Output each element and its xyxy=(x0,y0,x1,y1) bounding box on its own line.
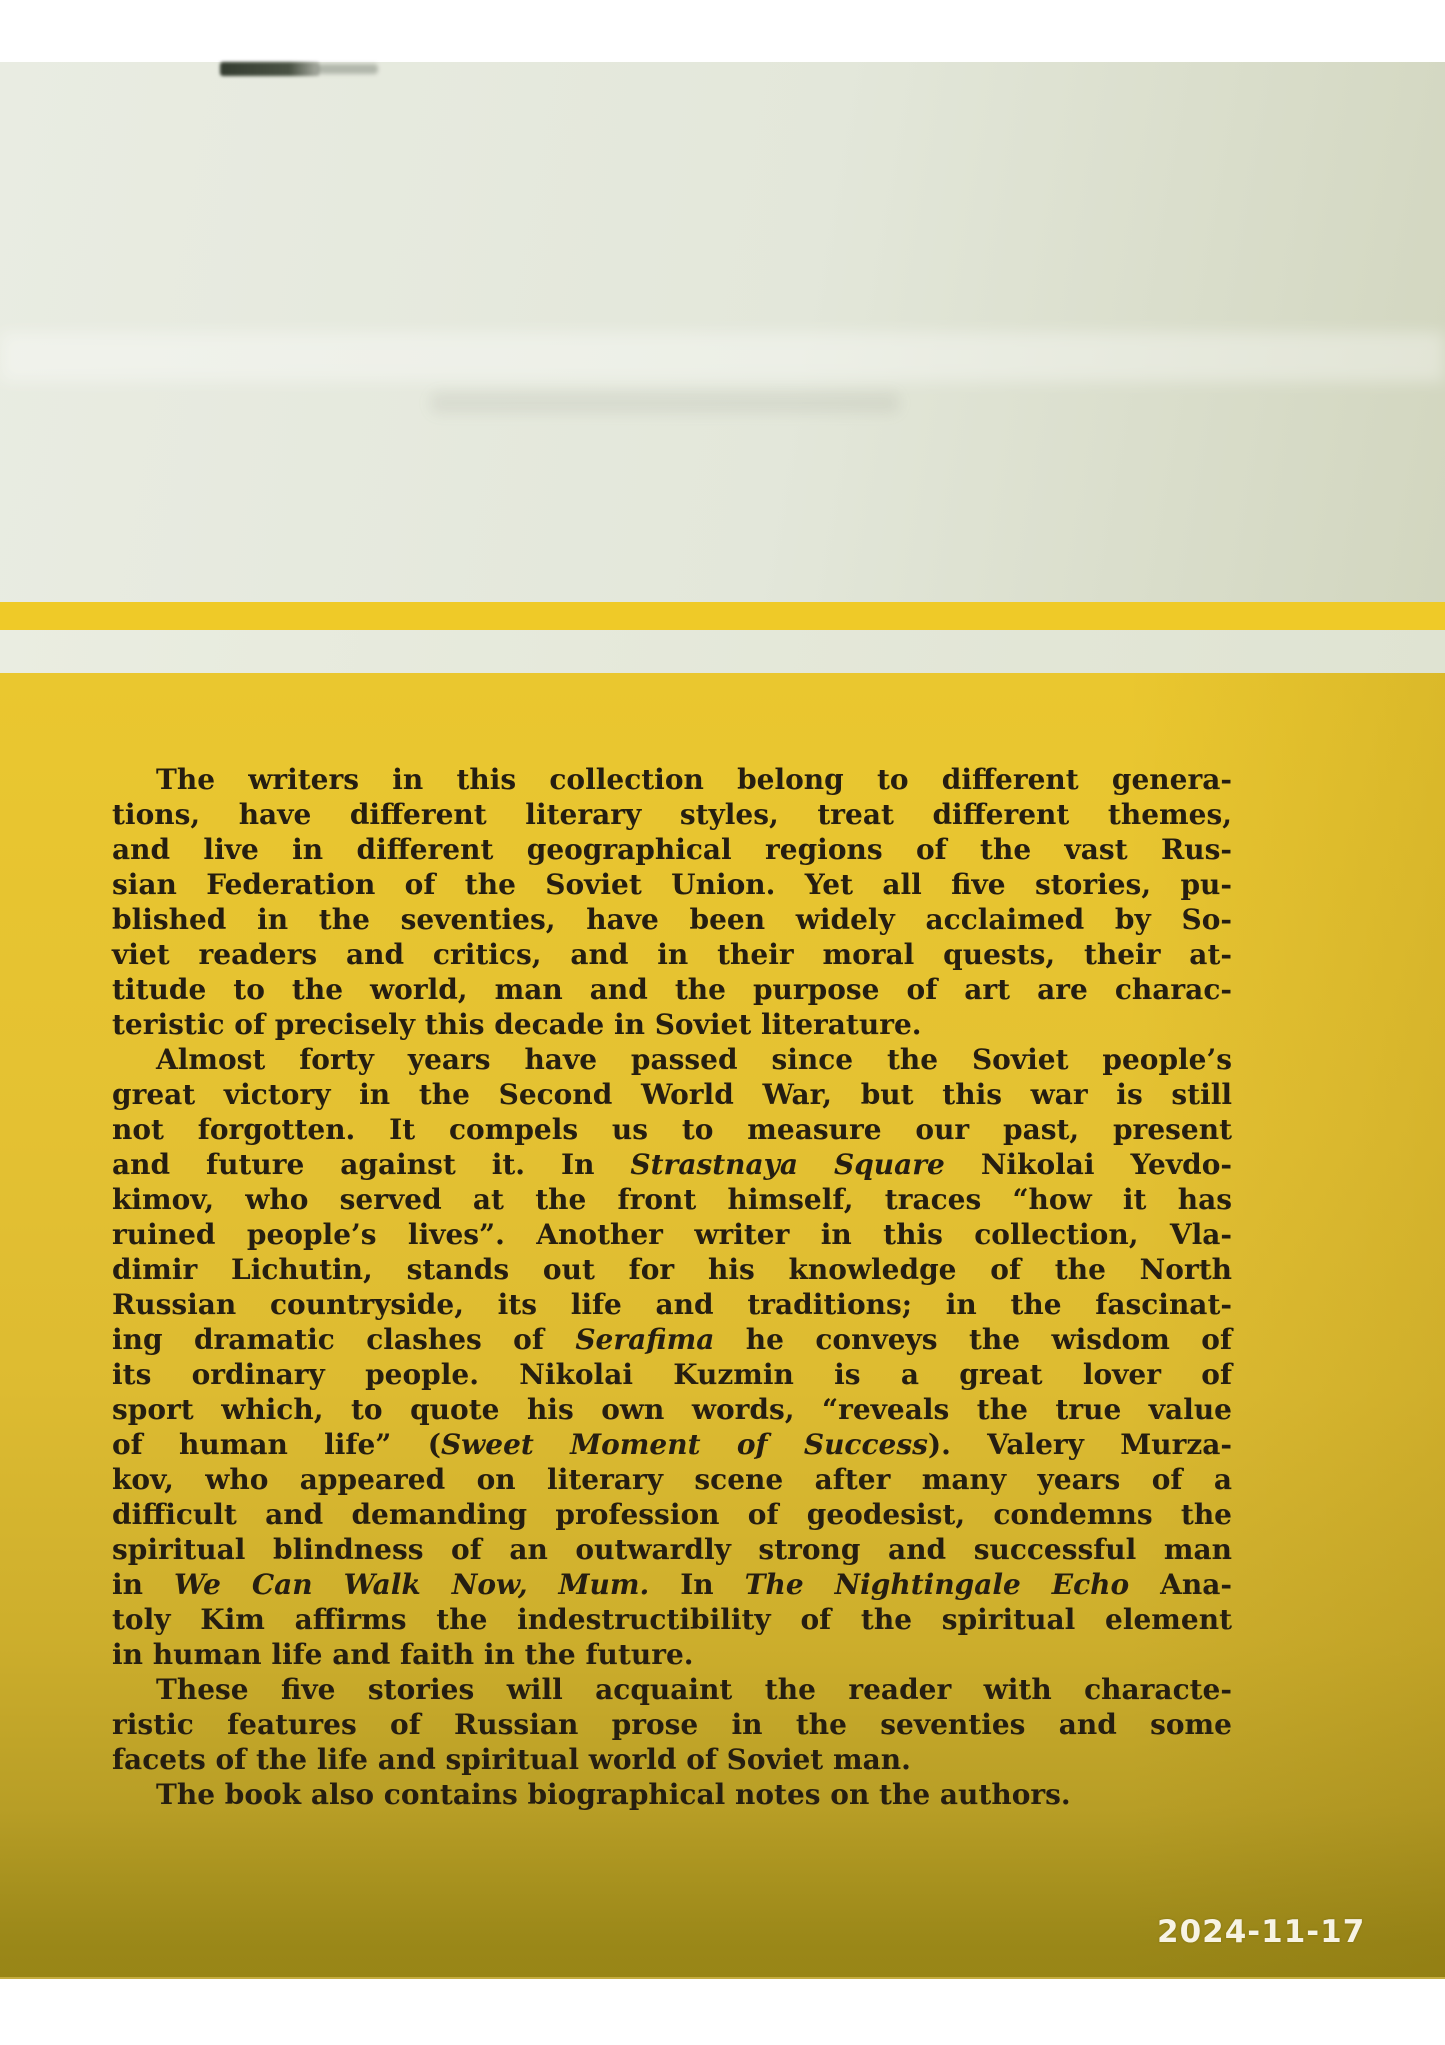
blurb-segment: its ordinary people. Nikolai Kuzmin is a… xyxy=(112,1358,1232,1391)
blurb-segment: dimir Lichutin, stands out for his knowl… xyxy=(112,1253,1232,1286)
story-title-italic: Sweet Moment of Success xyxy=(441,1428,928,1461)
blurb-segment: titude to the world, man and the purpose… xyxy=(112,973,1232,1006)
blurb-paragraph: These five stories will acquaint the rea… xyxy=(112,1672,1232,1777)
faint-showthrough-smudge xyxy=(430,392,900,414)
blurb-segment: ruined people’s lives”. Another writer i… xyxy=(112,1218,1232,1251)
blurb-line: and live in different geographical regio… xyxy=(112,832,1232,867)
blurb-segment: Nikolai Yevdo- xyxy=(945,1148,1232,1181)
blurb-segment: ). Valery Murza- xyxy=(928,1428,1232,1461)
blurb-segment: teristic of precisely this decade in Sov… xyxy=(112,1008,922,1041)
blurb-line: blished in the seventies, have been wide… xyxy=(112,902,1232,937)
blurb-segment: kov, who appeared on literary scene afte… xyxy=(112,1463,1232,1496)
blurb-segment: The book also contains biographical note… xyxy=(156,1778,1071,1811)
lighting-band xyxy=(0,332,1445,382)
cover-top-panel xyxy=(0,62,1445,602)
story-title-italic: Strastnaya Square xyxy=(630,1148,944,1181)
blurb-line: ing dramatic clashes of Serafima he conv… xyxy=(112,1322,1232,1357)
blurb-line: ruined people’s lives”. Another writer i… xyxy=(112,1217,1232,1252)
blurb-segment: Almost forty years have passed since the… xyxy=(156,1043,1232,1076)
blurb-segment: The writers in this collection belong to… xyxy=(156,763,1232,796)
blurb-line: sport which, to quote his own words, “re… xyxy=(112,1392,1232,1427)
ink-smudge-tail xyxy=(318,64,378,74)
blurb-line: in We Can Walk Now, Mum. In The Nighting… xyxy=(112,1567,1232,1602)
blurb-line: teristic of precisely this decade in Sov… xyxy=(112,1007,1232,1042)
blurb-segment: in human life and faith in the future. xyxy=(112,1638,694,1671)
blurb-segment: toly Kim affirms the indestructibility o… xyxy=(112,1603,1232,1636)
blurb-segment: tions, have different literary styles, t… xyxy=(112,798,1232,831)
blurb-line: These five stories will acquaint the rea… xyxy=(112,1672,1232,1707)
blurb-segment: facets of the life and spiritual world o… xyxy=(112,1743,911,1776)
blurb-segment: not forgotten. It compels us to measure … xyxy=(112,1113,1232,1146)
story-title-italic: We Can Walk Now, Mum. xyxy=(174,1568,649,1601)
blurb-segment: ing dramatic clashes of xyxy=(112,1323,575,1356)
blurb-segment: These five stories will acquaint the rea… xyxy=(156,1673,1232,1706)
yellow-stripe xyxy=(0,602,1445,630)
blurb-segment: sian Federation of the Soviet Union. Yet… xyxy=(112,868,1232,901)
blurb-line: spiritual blindness of an outwardly stro… xyxy=(112,1532,1232,1567)
blurb-segment: Russian countryside, its life and tradit… xyxy=(112,1288,1232,1321)
blurb-paragraph: The book also contains biographical note… xyxy=(112,1777,1232,1812)
blurb-paragraph: Almost forty years have passed since the… xyxy=(112,1042,1232,1672)
blurb-line: not forgotten. It compels us to measure … xyxy=(112,1112,1232,1147)
book-back-cover-photo: The writers in this collection belong to… xyxy=(0,62,1445,1977)
blurb-segment: he conveys the wisdom of xyxy=(714,1323,1232,1356)
blurb-segment: of human life” ( xyxy=(112,1428,441,1461)
blurb-segment: spiritual blindness of an outwardly stro… xyxy=(112,1533,1232,1566)
blurb-line: dimir Lichutin, stands out for his knowl… xyxy=(112,1252,1232,1287)
story-title-italic: The Nightingale Echo xyxy=(745,1568,1130,1601)
blurb-segment: In xyxy=(649,1568,744,1601)
story-title-italic: Serafima xyxy=(575,1323,714,1356)
blurb-line: in human life and faith in the future. xyxy=(112,1637,1232,1672)
blurb-segment: sport which, to quote his own words, “re… xyxy=(112,1393,1232,1426)
blurb-line: its ordinary people. Nikolai Kuzmin is a… xyxy=(112,1357,1232,1392)
blurb-line: difficult and demanding profession of ge… xyxy=(112,1497,1232,1532)
pale-stripe xyxy=(0,630,1445,673)
blurb-segment: great victory in the Second World War, b… xyxy=(112,1078,1232,1111)
ink-smudge xyxy=(220,62,320,76)
blurb-line: The writers in this collection belong to… xyxy=(112,762,1232,797)
blurb-line: great victory in the Second World War, b… xyxy=(112,1077,1232,1112)
blurb-line: kimov, who served at the front himself, … xyxy=(112,1182,1232,1217)
blurb-segment: and future against it. In xyxy=(112,1148,630,1181)
date-stamp: 2024-11-17 xyxy=(1157,1914,1365,1950)
page-background: The writers in this collection belong to… xyxy=(0,0,1445,2045)
blurb-text: The writers in this collection belong to… xyxy=(112,762,1232,1812)
blurb-segment: and live in different geographical regio… xyxy=(112,833,1232,866)
blurb-line: The book also contains biographical note… xyxy=(112,1777,1232,1812)
blurb-paragraph: The writers in this collection belong to… xyxy=(112,762,1232,1042)
blurb-segment: ristic features of Russian prose in the … xyxy=(112,1708,1232,1741)
blurb-segment: blished in the seventies, have been wide… xyxy=(112,903,1232,936)
blurb-segment: Ana- xyxy=(1129,1568,1232,1601)
blurb-line: viet readers and critics, and in their m… xyxy=(112,937,1232,972)
blurb-line: Russian countryside, its life and tradit… xyxy=(112,1287,1232,1322)
blurb-line: ristic features of Russian prose in the … xyxy=(112,1707,1232,1742)
blurb-line: tions, have different literary styles, t… xyxy=(112,797,1232,832)
blurb-line: and future against it. In Strastnaya Squ… xyxy=(112,1147,1232,1182)
blurb-segment: viet readers and critics, and in their m… xyxy=(112,938,1232,971)
blurb-line: sian Federation of the Soviet Union. Yet… xyxy=(112,867,1232,902)
blurb-line: toly Kim affirms the indestructibility o… xyxy=(112,1602,1232,1637)
blurb-line: Almost forty years have passed since the… xyxy=(112,1042,1232,1077)
blurb-line: titude to the world, man and the purpose… xyxy=(112,972,1232,1007)
blurb-line: kov, who appeared on literary scene afte… xyxy=(112,1462,1232,1497)
blurb-line: facets of the life and spiritual world o… xyxy=(112,1742,1232,1777)
blurb-segment: kimov, who served at the front himself, … xyxy=(112,1183,1232,1216)
blurb-line: of human life” (Sweet Moment of Success)… xyxy=(112,1427,1232,1462)
blurb-segment: in xyxy=(112,1568,174,1601)
blurb-segment: difficult and demanding profession of ge… xyxy=(112,1498,1232,1531)
